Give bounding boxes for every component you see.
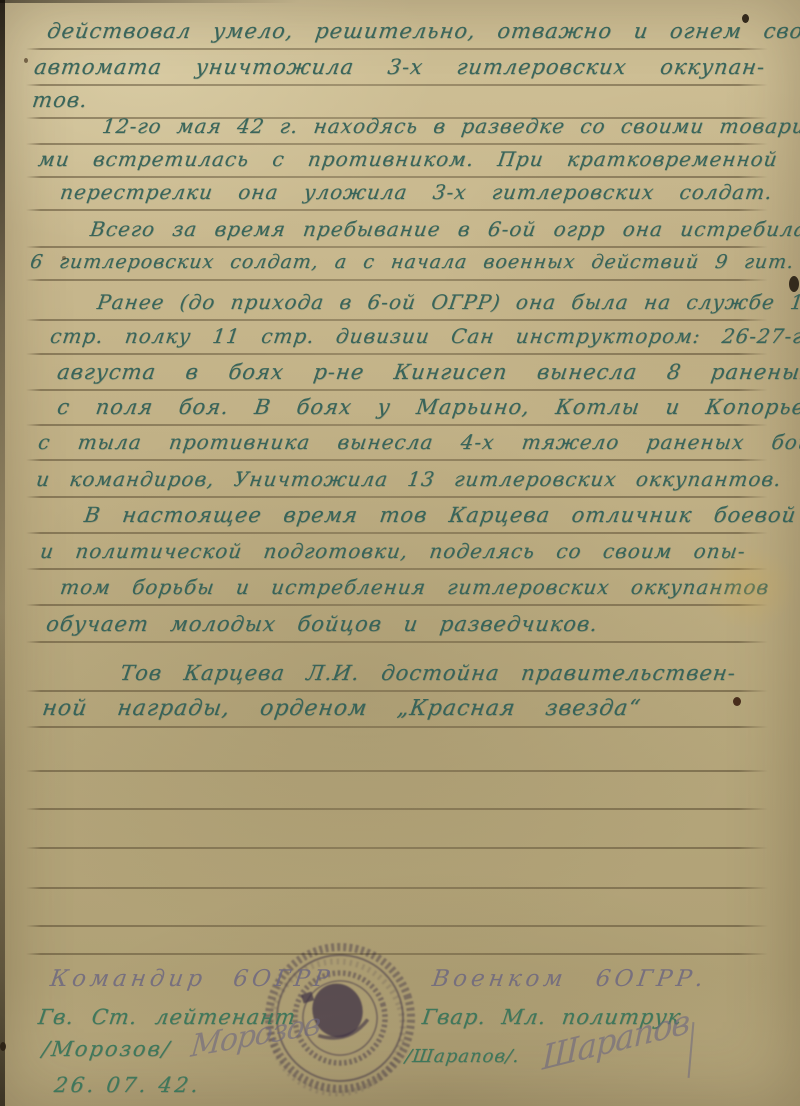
- handwritten-line: ми встретилась с противником. При кратко…: [36, 142, 780, 176]
- photo-edge-shadow: [0, 0, 5, 1106]
- ink-speck: [24, 58, 28, 63]
- handwritten-line: 6 гитлеровских солдат, а с начала военны…: [28, 245, 800, 279]
- ruled-line: [26, 604, 768, 606]
- ruled-line: [26, 279, 768, 281]
- ruled-line: [26, 925, 768, 927]
- handwritten-line: автомата уничтожила 3-х гитлеровских окк…: [32, 50, 768, 84]
- ink-speck: [62, 256, 66, 260]
- handwritten-line: Тов Карцева Л.И. достойна правительствен…: [118, 656, 738, 690]
- handwritten-line: В настоящее время тов Карцева отличник б…: [82, 498, 799, 532]
- handwritten-line: ной награды, орденом „Красная звезда“: [40, 692, 643, 726]
- ruled-line: [26, 459, 768, 461]
- handwritten-line: перестрелки она уложила 3-х гитлеровских…: [58, 175, 775, 209]
- handwritten-line: тов.: [30, 83, 90, 117]
- handwritten-line: 12-го мая 42 г. находясь в разведке со с…: [100, 109, 800, 143]
- paper-stain: [700, 545, 795, 630]
- ruled-line: [26, 887, 768, 889]
- handwritten-line: Ранее (до прихода в 6-ой ОГРР) она была …: [95, 285, 800, 319]
- document-page: действовал умело, решительно, отважно и …: [0, 0, 800, 1106]
- handwritten-line: и командиров, Уничтожила 13 гитлеровских…: [34, 462, 784, 496]
- ruled-line: [26, 209, 768, 211]
- signature-date: 26. 07. 42.: [52, 1068, 203, 1102]
- photo-edge-shadow: [0, 0, 300, 3]
- signatory-name-right: /Шарапов/.: [403, 1040, 522, 1074]
- handwritten-line: с поля боя. В боях у Марьино, Котлы и Ко…: [55, 390, 800, 424]
- ink-speck: [733, 697, 741, 706]
- ink-speck: [789, 276, 799, 292]
- signatory-role-left: Командир 6ОГРР: [48, 962, 335, 996]
- signatory-role-right: Военком 6ОГРР.: [430, 962, 709, 996]
- handwritten-line: августа в боях р-не Кингисеп вынесла 8 р…: [55, 355, 800, 389]
- ruled-line: [26, 84, 768, 86]
- signatory-name-left: /Морозов/: [40, 1032, 173, 1066]
- handwritten-line: действовал умело, решительно, отважно и …: [45, 14, 800, 48]
- ruled-line: [26, 641, 768, 643]
- ink-speck: [0, 1042, 6, 1051]
- ruled-line: [26, 726, 768, 728]
- ruled-line: [26, 808, 768, 810]
- handwritten-line: и политической подготовки, поделясь со с…: [38, 534, 748, 568]
- handwritten-line: стр. полку 11 стр. дивизии Сан инструкто…: [48, 319, 800, 353]
- handwritten-line: с тыла противника вынесла 4-х тяжело ран…: [36, 425, 800, 459]
- ink-speck: [742, 14, 749, 23]
- ruled-line: [26, 847, 768, 849]
- ruled-line: [26, 770, 768, 772]
- handwritten-line: том борьбы и истребления гитлеровских ок…: [58, 570, 772, 604]
- handwritten-line: обучает молодых бойцов и разведчиков.: [44, 607, 600, 641]
- handwritten-line: Всего за время пребывание в 6-ой огрр он…: [88, 212, 800, 246]
